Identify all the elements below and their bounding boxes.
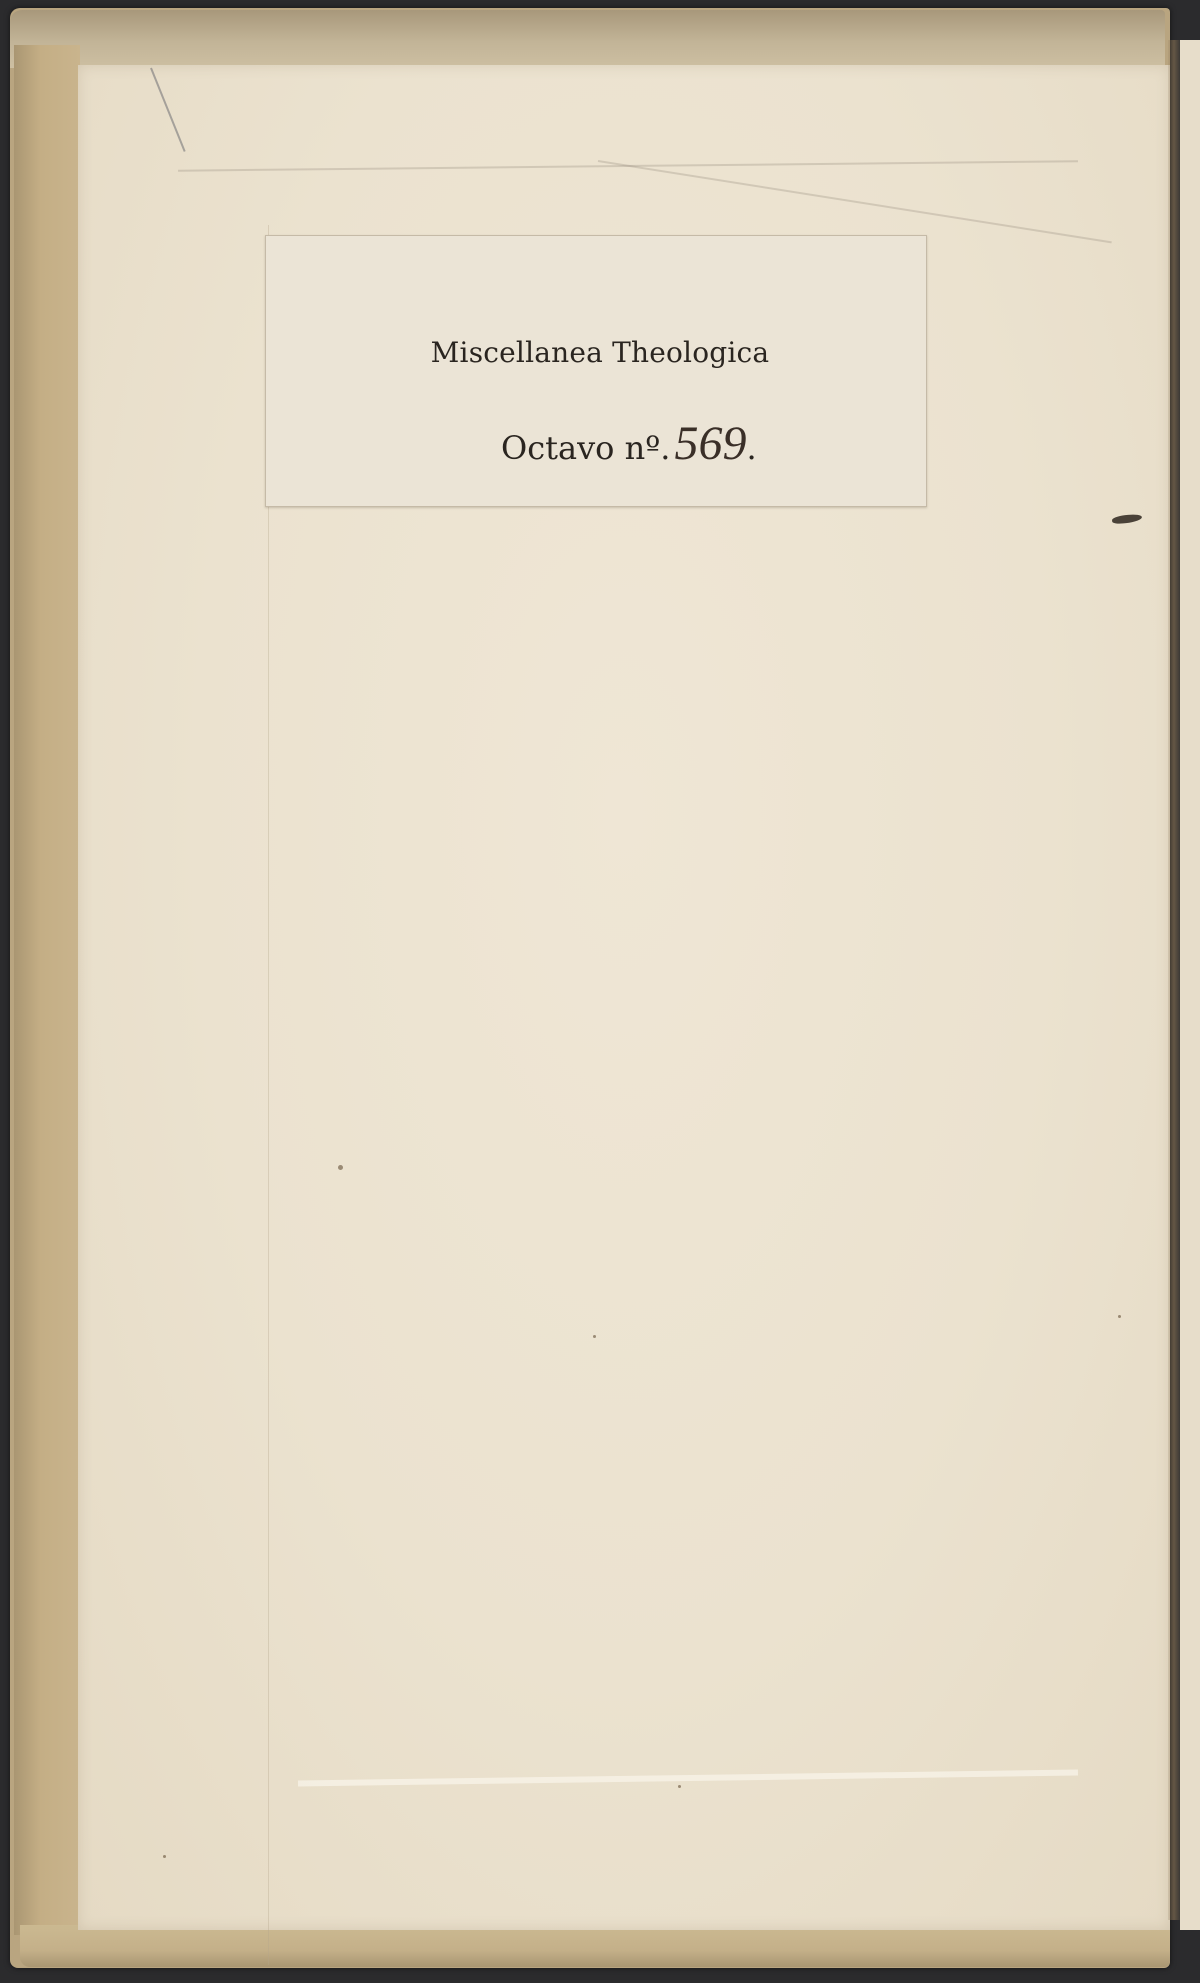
paper-speck [338, 1165, 343, 1170]
cover-turnin-top [10, 10, 1165, 68]
label-shelfmark: Octavo nº.569. [501, 416, 757, 471]
spine-gutter [1168, 40, 1180, 1920]
paper-speck [1118, 1315, 1121, 1318]
label-title: Miscellanea Theologica [266, 336, 926, 369]
spine-hinge [1180, 40, 1200, 1930]
cover-turnin-left [14, 45, 80, 1935]
label-format-text: Octavo nº. [501, 429, 670, 467]
paper-speck [593, 1335, 596, 1338]
handwritten-number: 569 [674, 417, 746, 470]
label-trailing-dot: . [746, 429, 756, 467]
paper-speck [678, 1785, 681, 1788]
paper-speck [163, 1855, 166, 1858]
shelfmark-label: Miscellanea Theologica Octavo nº.569. [265, 235, 927, 507]
